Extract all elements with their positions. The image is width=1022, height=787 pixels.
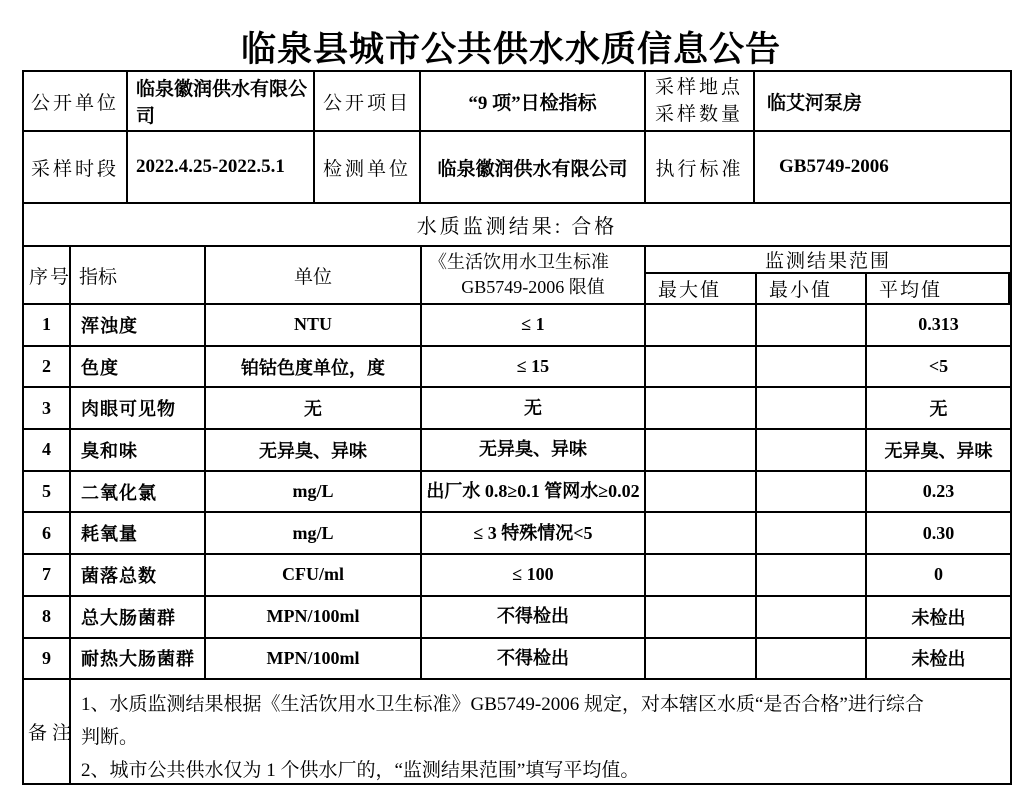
avg-cell: 未检出 [867,639,1010,679]
sampling-site-count-label: 采样地点 采样数量 [646,72,755,130]
result-range-group: 监测结果范围 最大值 最小值 平均值 [646,247,1010,303]
announcement-table: 公开单位 临泉徽润供水有限公司 公开项目 “9 项”日检指标 采样地点 采样数量… [22,70,1012,785]
result-range-subheaders: 最大值 最小值 平均值 [646,274,1010,303]
note-line: 判断。 [81,721,1004,754]
avg-cell: 0.23 [867,472,1010,512]
min-cell [757,347,867,387]
min-cell [757,597,867,637]
table-header-row: 序号 指标 单位 《生活饮用水卫生标准 GB5749-2006 限值 监测结果范… [24,247,1010,305]
col-header-indicator: 指标 [71,247,206,303]
max-cell [646,347,757,387]
notes-row: 备注 1、水质监测结果根据《生活饮用水卫生标准》GB5749-2006 规定，对… [24,680,1010,783]
publisher-label: 公开单位 [24,72,128,130]
unit-cell: MPN/100ml [206,639,422,679]
table-row: 1 浑浊度 NTU ≤ 1 0.313 [24,305,1010,347]
standard-value: GB5749-2006 [755,132,1010,202]
avg-cell: 无异臭、异味 [867,430,1010,470]
avg-cell: 无 [867,388,1010,428]
col-header-unit: 单位 [206,247,422,303]
table-row: 8 总大肠菌群 MPN/100ml 不得检出 未检出 [24,597,1010,639]
public-item-label: 公开项目 [315,72,421,130]
table-row: 5 二氧化氯 mg/L 出厂水 0.8≥0.1 管网水≥0.02 0.23 [24,472,1010,514]
indicator-cell: 色度 [71,347,206,387]
indicator-cell: 浑浊度 [71,305,206,345]
notes-label: 备注 [24,680,71,783]
max-cell [646,430,757,470]
info-row-1: 公开单位 临泉徽润供水有限公司 公开项目 “9 项”日检指标 采样地点 采样数量… [24,72,1010,132]
group-header-result-range: 监测结果范围 [646,247,1010,274]
testing-unit-label: 检测单位 [315,132,421,202]
seq-cell: 9 [24,639,71,679]
limit-cell: 无 [422,388,646,428]
limit-cell: 无异臭、异味 [422,430,646,470]
indicator-cell: 肉眼可见物 [71,388,206,428]
unit-cell: mg/L [206,472,422,512]
seq-cell: 8 [24,597,71,637]
min-cell [757,388,867,428]
result-banner: 水质监测结果: 合格 [24,204,1010,245]
indicator-cell: 耐热大肠菌群 [71,639,206,679]
avg-cell: 0 [867,555,1010,595]
indicator-cell: 臭和味 [71,430,206,470]
indicator-cell: 菌落总数 [71,555,206,595]
note-line: 1、水质监测结果根据《生活饮用水卫生标准》GB5749-2006 规定，对本辖区… [81,688,1004,721]
table-row: 9 耐热大肠菌群 MPN/100ml 不得检出 未检出 [24,639,1010,681]
max-cell [646,597,757,637]
limit-cell: ≤ 3 特殊情况<5 [422,513,646,553]
result-banner-row: 水质监测结果: 合格 [24,204,1010,247]
max-cell [646,388,757,428]
limit-cell: 不得检出 [422,639,646,679]
table-row: 2 色度 铂钴色度单位，度 ≤ 15 <5 [24,347,1010,389]
max-cell [646,555,757,595]
indicator-cell: 总大肠菌群 [71,597,206,637]
min-cell [757,513,867,553]
sampling-count-label-line2: 采样数量 [655,101,743,128]
seq-cell: 7 [24,555,71,595]
limit-header-line1: 《生活饮用水卫生标准 [422,250,644,275]
publisher-value: 临泉徽润供水有限公司 [128,72,315,130]
table-row: 6 耗氧量 mg/L ≤ 3 特殊情况<5 0.30 [24,513,1010,555]
limit-header-line2: GB5749-2006 限值 [422,275,644,300]
seq-cell: 1 [24,305,71,345]
sampling-site-value: 临艾河泵房 [755,72,1010,130]
indicator-cell: 耗氧量 [71,513,206,553]
limit-cell: 出厂水 0.8≥0.1 管网水≥0.02 [422,472,646,512]
seq-cell: 3 [24,388,71,428]
unit-cell: MPN/100ml [206,597,422,637]
page-title: 临泉县城市公共供水水质信息公告 [0,22,1022,72]
sampling-period-value: 2022.4.25-2022.5.1 [128,132,315,202]
sampling-period-label: 采样时段 [24,132,128,202]
seq-cell: 2 [24,347,71,387]
col-header-limit: 《生活饮用水卫生标准 GB5749-2006 限值 [422,247,646,303]
info-row-2: 采样时段 2022.4.25-2022.5.1 检测单位 临泉徽润供水有限公司 … [24,132,1010,204]
standard-label: 执行标准 [646,132,755,202]
table-row: 3 肉眼可见物 无 无 无 [24,388,1010,430]
unit-cell: CFU/ml [206,555,422,595]
sampling-site-label-line1: 采样地点 [655,74,743,101]
max-cell [646,305,757,345]
seq-cell: 4 [24,430,71,470]
min-cell [757,430,867,470]
testing-unit-value: 临泉徽润供水有限公司 [421,132,646,202]
col-header-min: 最小值 [757,274,867,303]
unit-cell: 无异臭、异味 [206,430,422,470]
max-cell [646,639,757,679]
unit-cell: 铂钴色度单位，度 [206,347,422,387]
table-row: 4 臭和味 无异臭、异味 无异臭、异味 无异臭、异味 [24,430,1010,472]
min-cell [757,639,867,679]
avg-cell: <5 [867,347,1010,387]
min-cell [757,472,867,512]
avg-cell: 未检出 [867,597,1010,637]
col-header-avg: 平均值 [867,274,1010,303]
unit-cell: NTU [206,305,422,345]
max-cell [646,513,757,553]
limit-cell: 不得检出 [422,597,646,637]
table-row: 7 菌落总数 CFU/ml ≤ 100 0 [24,555,1010,597]
max-cell [646,472,757,512]
unit-cell: 无 [206,388,422,428]
limit-cell: ≤ 1 [422,305,646,345]
col-header-seq: 序号 [24,247,71,303]
avg-cell: 0.30 [867,513,1010,553]
notes-content: 1、水质监测结果根据《生活饮用水卫生标准》GB5749-2006 规定，对本辖区… [71,680,1010,783]
min-cell [757,555,867,595]
limit-cell: ≤ 15 [422,347,646,387]
note-line: 2、城市公共供水仅为 1 个供水厂的，“监测结果范围”填写平均值。 [81,754,1004,783]
indicator-cell: 二氧化氯 [71,472,206,512]
avg-cell: 0.313 [867,305,1010,345]
unit-cell: mg/L [206,513,422,553]
limit-cell: ≤ 100 [422,555,646,595]
seq-cell: 6 [24,513,71,553]
min-cell [757,305,867,345]
public-item-value: “9 项”日检指标 [421,72,646,130]
seq-cell: 5 [24,472,71,512]
col-header-max: 最大值 [646,274,757,303]
